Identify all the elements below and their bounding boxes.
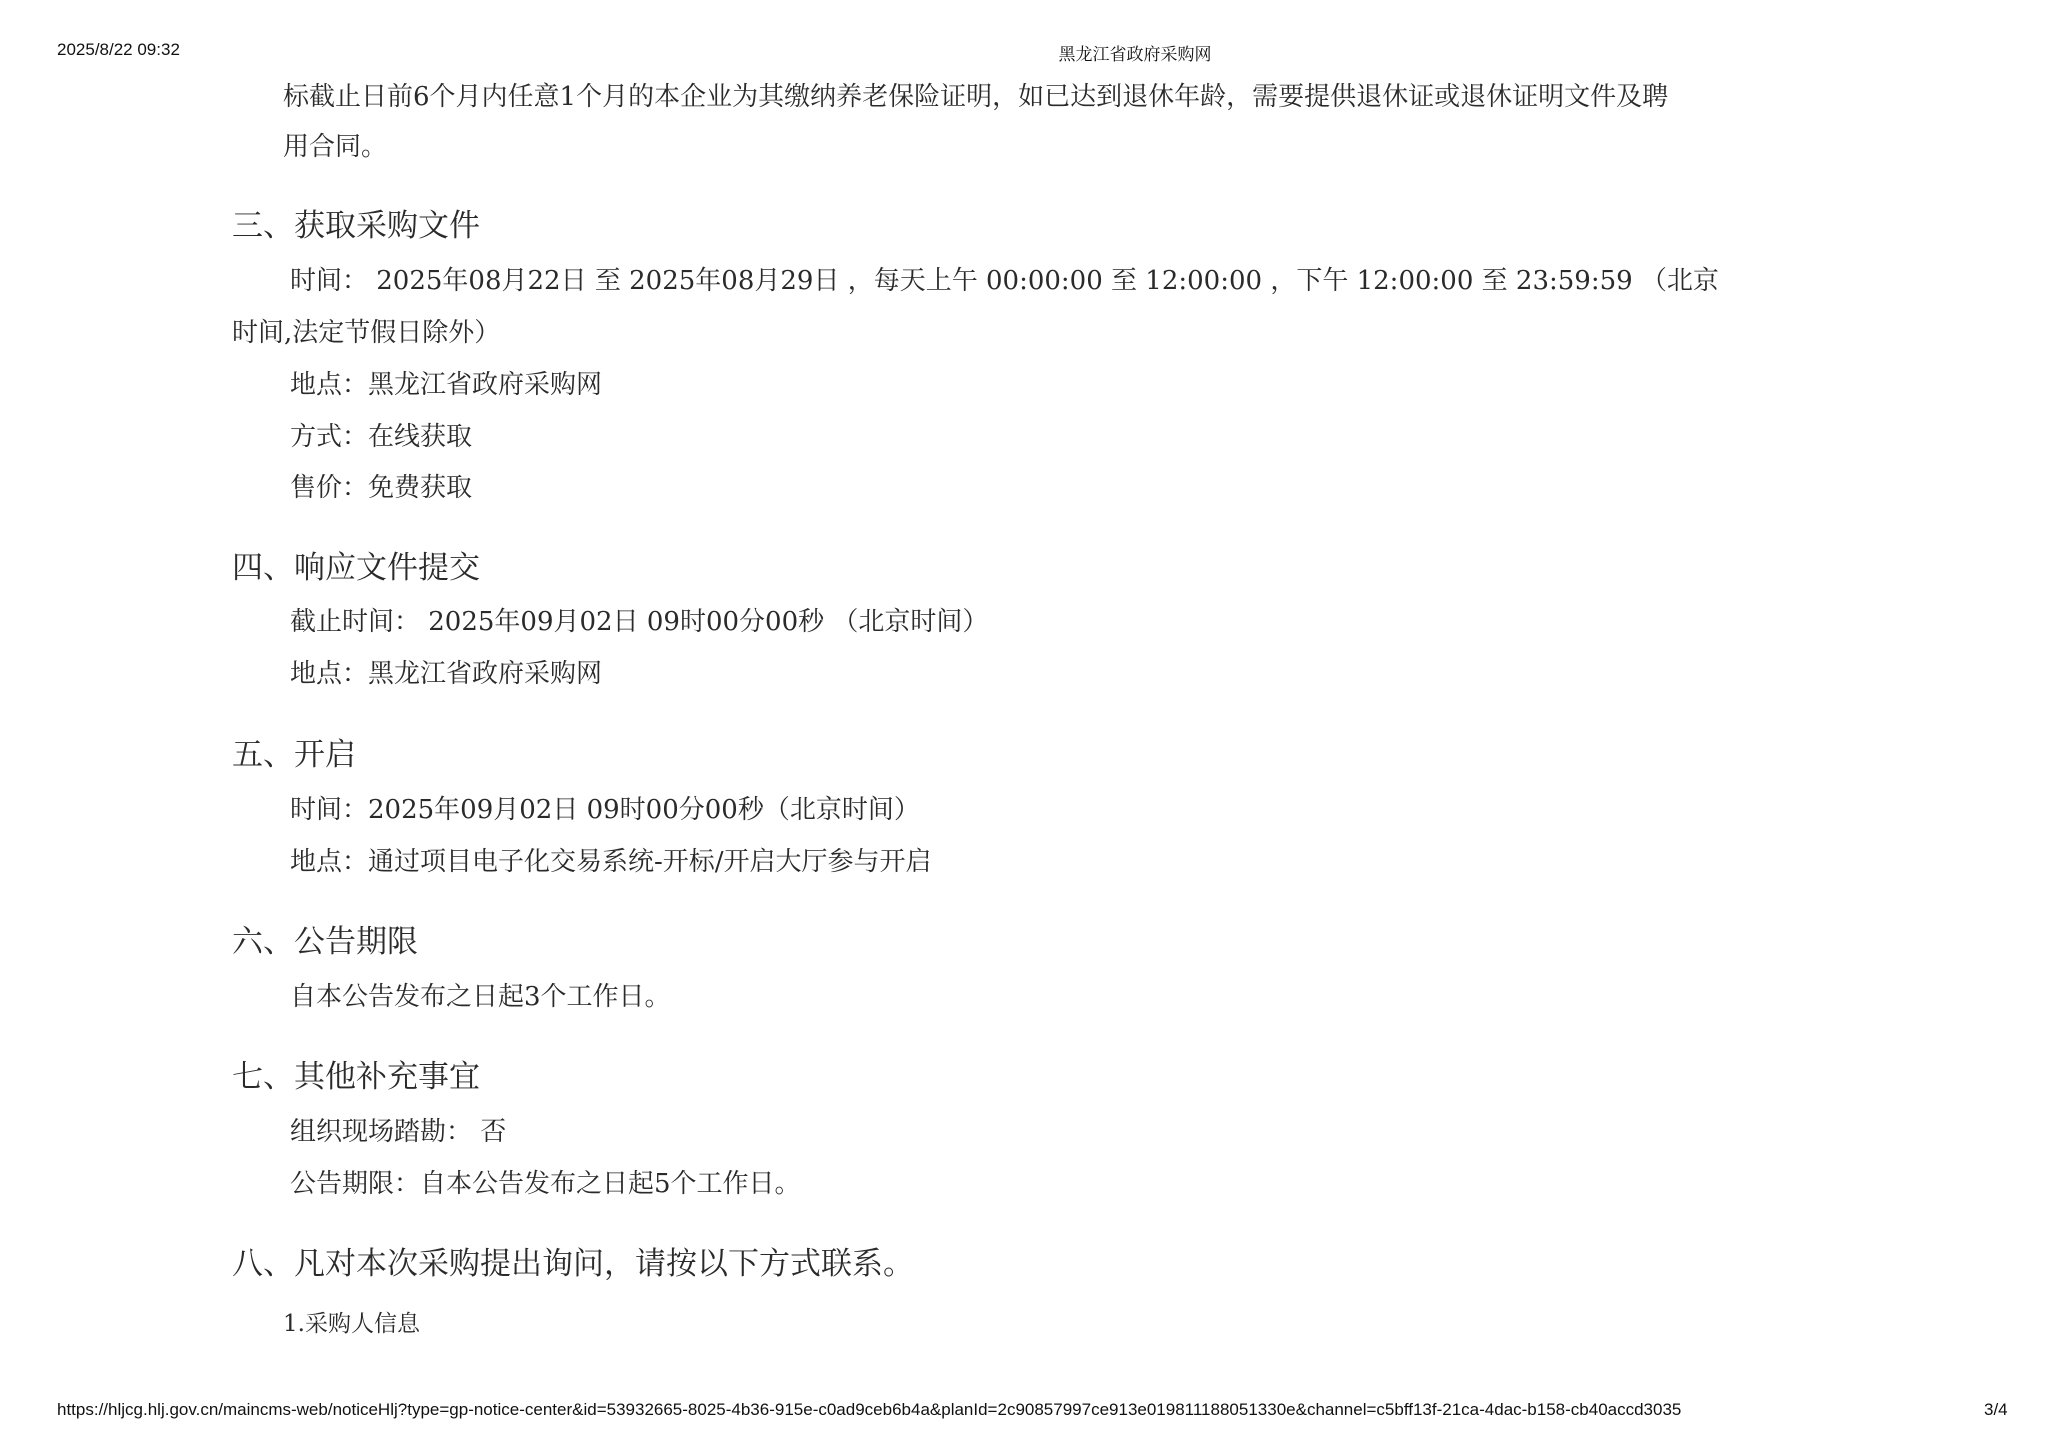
- submission-location: 地点：黑龙江省政府采购网: [290, 648, 602, 700]
- obtain-price: 售价：免费获取: [290, 462, 472, 514]
- submission-deadline: 截止时间： 2025年09月02日 09时00分00秒 （北京时间）: [290, 596, 988, 648]
- opening-location: 地点：通过项目电子化交易系统-开标/开启大厅参与开启: [290, 836, 932, 888]
- other-notice-period: 公告期限：自本公告发布之日起5个工作日。: [290, 1158, 801, 1210]
- intro-line-2: 用合同。: [283, 121, 387, 173]
- obtain-time-line-1: 时间： 2025年08月22日 至 2025年08月29日 ，每天上午 00:0…: [290, 255, 1719, 307]
- obtain-time-line-2: 时间,法定节假日除外）: [232, 307, 500, 359]
- obtain-location: 地点：黑龙江省政府采购网: [290, 359, 602, 411]
- intro-line-1: 标截止日前6个月内任意1个月的本企业为其缴纳养老保险证明，如已达到退休年龄，需要…: [283, 71, 1668, 123]
- section-heading-obtain-documents: 三、获取采购文件: [232, 200, 480, 245]
- page-title: 黑龙江省政府采购网: [0, 40, 2048, 65]
- obtain-method: 方式：在线获取: [290, 411, 472, 463]
- section-heading-submission: 四、响应文件提交: [232, 542, 480, 587]
- purchaser-info-item: 1.采购人信息: [283, 1305, 420, 1338]
- section-heading-contact: 八、凡对本次采购提出询问，请按以下方式联系。: [232, 1238, 914, 1283]
- page-number: 3/4: [1984, 1400, 2008, 1420]
- section-heading-other-matters: 七、其他补充事宜: [232, 1051, 480, 1096]
- section-heading-notice-period: 六、公告期限: [232, 916, 418, 961]
- site-visit: 组织现场踏勘： 否: [290, 1106, 506, 1158]
- section-heading-opening: 五、开启: [232, 729, 356, 774]
- page-url: https://hljcg.hlj.gov.cn/maincms-web/not…: [57, 1400, 1681, 1420]
- opening-time: 时间：2025年09月02日 09时00分00秒（北京时间）: [290, 784, 920, 836]
- notice-period-text: 自本公告发布之日起3个工作日。: [290, 971, 671, 1023]
